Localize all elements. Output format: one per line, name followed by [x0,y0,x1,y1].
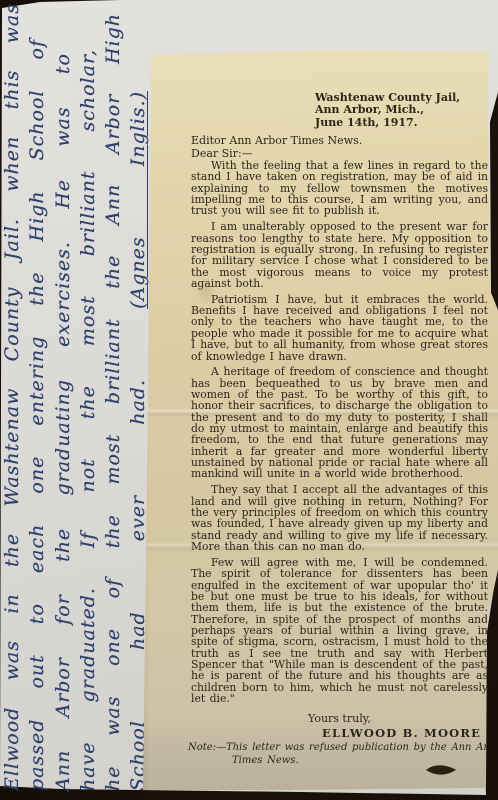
address-block: Editor Ann Arbor Times News. Dear Sir:— [191,134,488,160]
annotation-line: Ann Arbor for the graduating exercises. … [51,53,76,791]
letter-paragraph: Few will agree with me, I will be condem… [191,557,488,704]
photo-frame: Ellwood was in the Washtenaw County Jail… [0,0,498,800]
letterhead-date: June 14th, 1917. [315,117,460,129]
printer-leaf-ornament-icon [426,761,456,773]
letter-document: Washtenaw County Jail, Ann Arbor, Mich.,… [138,48,498,794]
signature-line: ELLWOOD B. MOORE [191,728,488,739]
letterhead: Washtenaw County Jail, Ann Arbor, Mich.,… [315,92,460,129]
letter-paragraph: I am unalterably opposed to the present … [191,221,488,289]
recipient-line: Editor Ann Arbor Times News. [191,134,488,147]
letter-paragraph: A heritage of freedom of conscience and … [191,366,488,479]
letter-paragraph: Patriotism I have, but it embraces the w… [191,294,488,362]
letter-paragraph: With the feeling that a few lines in reg… [191,160,488,217]
annotation-attribution: (Agnes Inglis.) [127,91,149,309]
letter-paragraph: They say that I accept all the advantage… [191,484,488,552]
annotation-line: Ellwood was in the Washtenaw County Jail… [0,3,25,791]
annotation-line: passed out to each one entering the High… [25,39,50,791]
letter-body: With the feeling that a few lines in reg… [191,160,488,739]
letterhead-city: Ann Arbor, Mich., [315,104,460,116]
annotation-line: have graduated. If not the most brillian… [76,49,101,791]
margin-annotation: Ellwood was in the Washtenaw County Jail… [0,2,152,791]
closing-line: Yours truly, [191,713,488,724]
annotation-line: he was one of the most brilliant the Ann… [101,13,126,791]
